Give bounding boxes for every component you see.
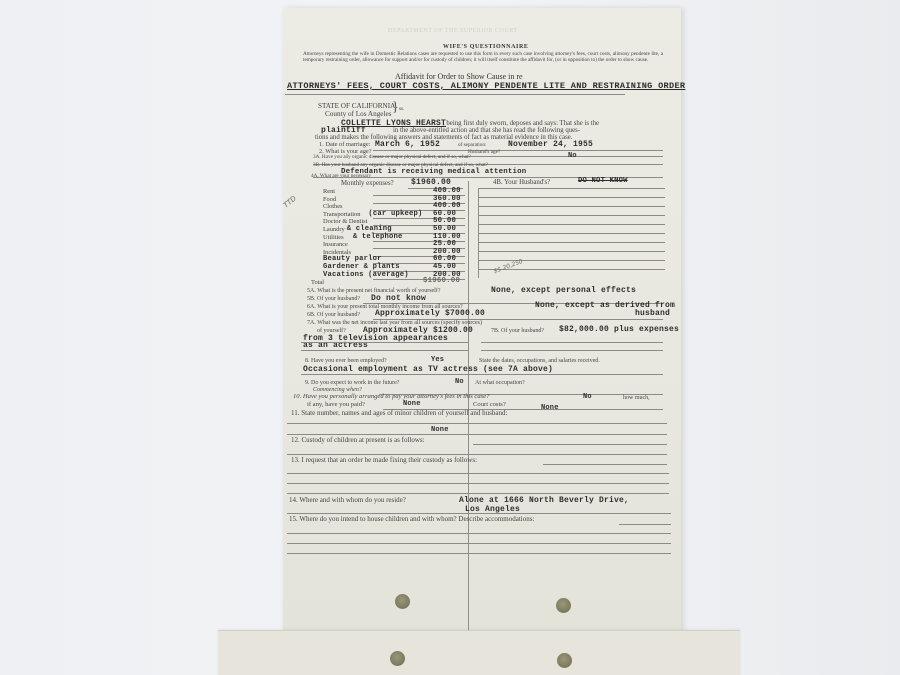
expense-label: Food bbox=[323, 197, 336, 203]
expense-label: Rent bbox=[323, 189, 335, 195]
q10-how-much: how much, bbox=[623, 395, 650, 401]
q1-sep-label: of separation: bbox=[458, 143, 486, 148]
affidavit-label: Affidavit for Order to Show Cause in re bbox=[395, 72, 523, 81]
q4a-label: 4A. What are your necessary bbox=[311, 174, 371, 179]
q5b-label: 5B. Of your husband? bbox=[307, 296, 360, 302]
margin-handwriting-left: TTD bbox=[282, 194, 298, 209]
form-intro: Attorneys representing the wife in Domes… bbox=[303, 51, 663, 63]
q7b-value: $82,000.00 plus expenses bbox=[559, 326, 679, 334]
q6b-value: Approximately $7000.00 bbox=[375, 310, 485, 318]
q6b-label: 6B. Of your husband? bbox=[307, 312, 360, 318]
form-title: WIFE'S QUESTIONNAIRE bbox=[443, 44, 529, 50]
q8-follow: State the dates, occupations, and salari… bbox=[479, 358, 600, 364]
q4a-monthly-value: $1960.00 bbox=[411, 179, 451, 187]
q9-label: 9. Do you expect to work in the future? bbox=[305, 380, 399, 386]
q4a-total-label: Total bbox=[311, 280, 324, 286]
q10-value: No bbox=[583, 394, 592, 401]
q14-value: Alone at 1666 North Beverly Drive, bbox=[459, 497, 629, 505]
q7a-value-cont2: as an actress bbox=[303, 342, 368, 350]
q10-costs-label: Court costs? bbox=[473, 402, 506, 409]
q5a-value: None, except personal effects bbox=[491, 287, 636, 295]
q8-label: 8. Have you ever been employed? bbox=[305, 358, 387, 364]
q10-paid-value: None bbox=[403, 401, 421, 408]
q10-paid-label: if any, have you paid? bbox=[307, 402, 365, 409]
q4b-label: 4B. Your Husband's? bbox=[493, 180, 550, 187]
q14-label: 14. Where and with whom do you reside? bbox=[289, 497, 406, 504]
q7b-label: 7B. Of your husband? bbox=[491, 328, 544, 334]
folded-paper-bottom bbox=[218, 630, 740, 675]
q4b-value: DO NOT KNOW bbox=[578, 178, 628, 185]
q2-husband-label: Husband's age? bbox=[468, 150, 500, 155]
q1-value: March 6, 1952 bbox=[375, 141, 440, 149]
venue-ss: ss. bbox=[399, 107, 404, 112]
venue-county: County of Los Angeles bbox=[325, 111, 391, 118]
expense-label: Insurance bbox=[323, 242, 348, 248]
q3a-label: 3A. Have you any organic disease or majo… bbox=[313, 155, 471, 160]
punch-hole bbox=[556, 598, 571, 613]
q12-label: 12. Custody of children at present is as… bbox=[291, 437, 425, 444]
ghost-header: DEPARTMENT OF THE SUPERIOR COURT bbox=[388, 28, 518, 34]
q11-label: 11. State number, names and ages of mino… bbox=[291, 410, 507, 417]
q15-label: 15. Where do you intend to house childre… bbox=[289, 516, 534, 523]
q3a-value: No bbox=[568, 153, 577, 160]
q10-label: 10. Have you personally arranged to pay … bbox=[293, 394, 489, 401]
q9-value: No bbox=[455, 379, 464, 386]
q8-detail: Occasional employment as TV actress (see… bbox=[303, 366, 553, 374]
punch-hole bbox=[395, 594, 410, 609]
punch-hole bbox=[390, 651, 405, 666]
q4a-total-value: $1960.00 bbox=[423, 278, 460, 285]
expense-label: Clothes bbox=[323, 204, 343, 210]
questionnaire-page: DEPARTMENT OF THE SUPERIOR COURT WIFE'S … bbox=[283, 8, 681, 675]
q9-occupation-label: At what occupation? bbox=[475, 380, 525, 386]
q5b-value: Do not know bbox=[371, 295, 426, 303]
q6a-value-cont: husband bbox=[635, 310, 670, 318]
q4a-monthly-label: Monthly expenses? bbox=[341, 181, 394, 188]
expense-label: Utilities bbox=[323, 235, 344, 241]
q8-value: Yes bbox=[431, 357, 444, 364]
q1-sep-value: November 24, 1955 bbox=[508, 141, 593, 149]
affidavit-subject: ATTORNEYS' FEES, COURT COSTS, ALIMONY PE… bbox=[287, 81, 685, 91]
expense-label: Transportation bbox=[323, 212, 360, 218]
q13-label: 13. I request that an order be made fixi… bbox=[291, 457, 477, 464]
punch-hole bbox=[557, 653, 572, 668]
brace: } bbox=[392, 100, 399, 116]
expense-label: Laundry bbox=[323, 227, 345, 233]
q11-value: None bbox=[431, 427, 449, 434]
